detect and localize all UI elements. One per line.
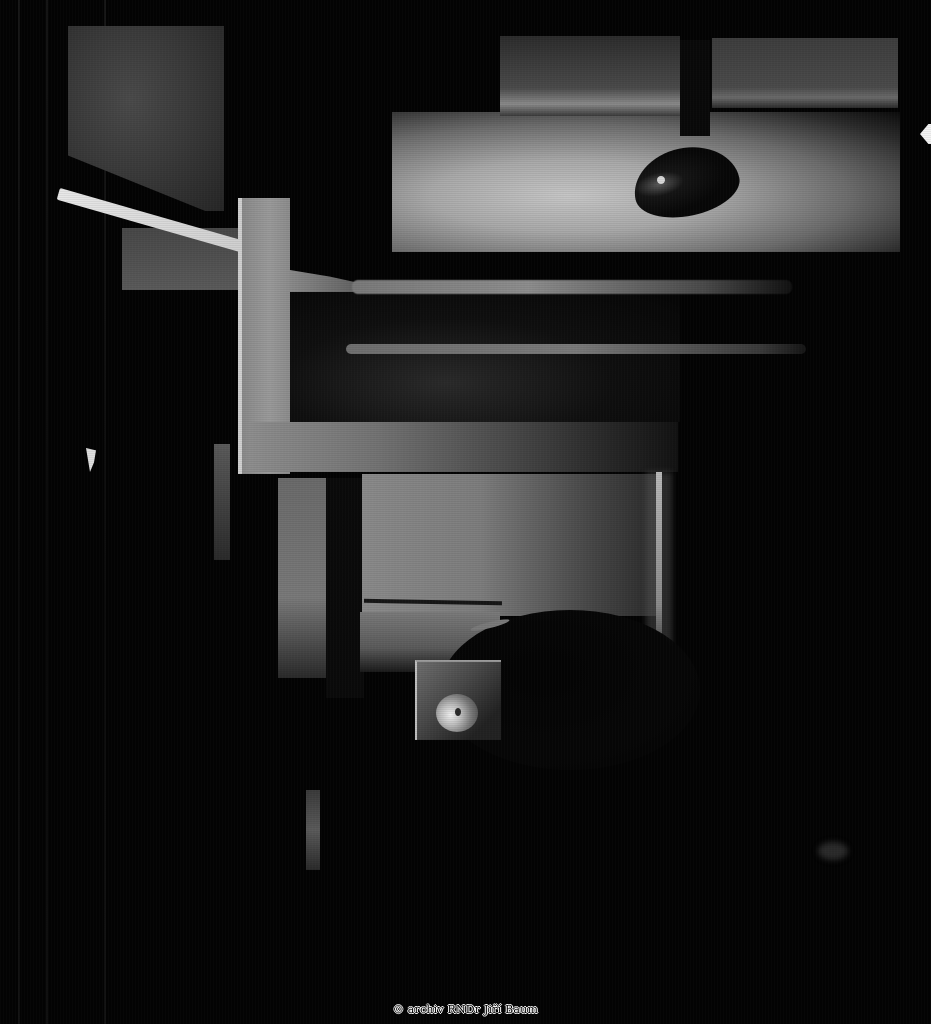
door-gap	[326, 478, 364, 698]
film-edge-notch	[920, 124, 931, 144]
light-speck	[86, 448, 96, 472]
frame-horizontal	[248, 422, 678, 472]
film-edge-line	[18, 0, 20, 1024]
upper-rail	[352, 280, 792, 294]
photograph	[0, 0, 931, 1024]
latch	[306, 790, 320, 870]
upper-left-panel	[68, 26, 224, 211]
door-jamb	[278, 478, 326, 678]
lower-rail	[346, 344, 806, 354]
vertical-post	[680, 40, 710, 136]
fitting-highlight	[657, 176, 665, 184]
lower-door-panel	[362, 474, 658, 616]
knob-center	[455, 708, 461, 716]
film-edge-line	[46, 0, 48, 1024]
left-strip	[214, 444, 230, 560]
smudge	[818, 842, 848, 860]
top-panel-left	[500, 36, 680, 116]
top-panel-right	[712, 38, 898, 108]
frame-inner-recess	[290, 292, 680, 422]
watermark: © archiv RNDr Jiří Baum	[0, 1003, 931, 1016]
